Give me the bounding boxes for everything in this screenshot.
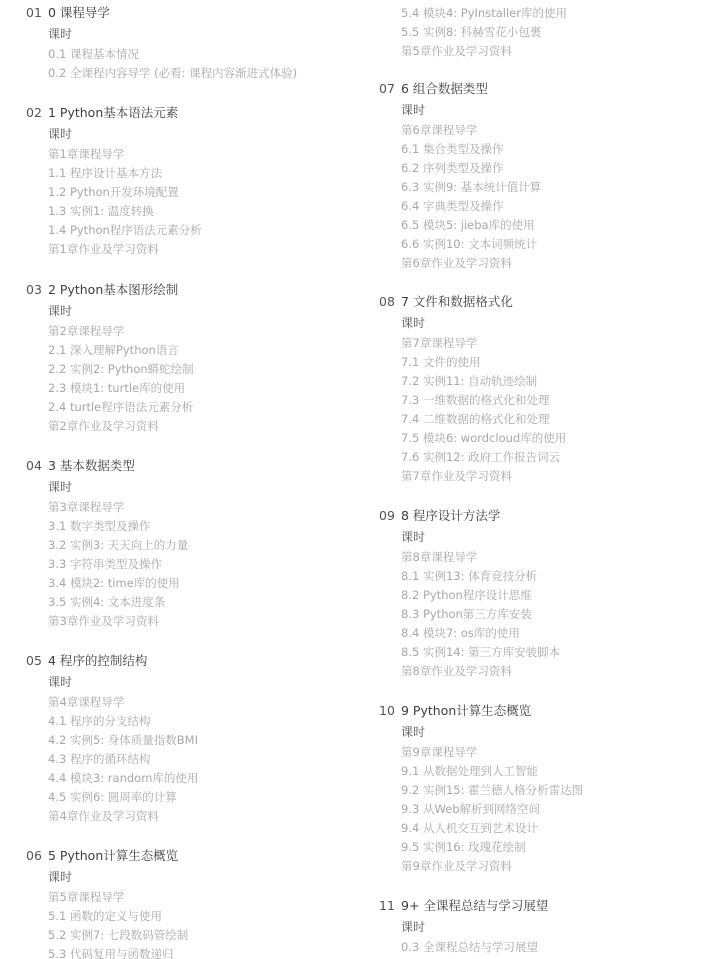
lesson-list: 5.4 模块4: PyInstaller库的使用 5.5 实例8: 科赫雪花小包… (355, 4, 715, 61)
chapter-number: 04 (26, 455, 48, 477)
chapter-11: 11 9+ 全课程总结与学习展望 课时 0.3 全课程总结与学习展望 (355, 895, 715, 957)
lesson-label: 课时 (401, 722, 715, 743)
lesson-list: 第8章课程导学 8.1 实例13: 体育竞技分析 8.2 Python程序设计思… (355, 548, 715, 681)
chapter-title: 1 Python基本语法元素 (48, 102, 178, 124)
chapter-number: 02 (26, 102, 48, 124)
lesson-item[interactable]: 9.3 从Web解析到网络空间 (401, 800, 715, 819)
chapter-header[interactable]: 05 4 程序的控制结构 (0, 650, 360, 672)
lesson-item[interactable]: 第4章课程导学 (48, 693, 360, 712)
lesson-item[interactable]: 1.2 Python开发环境配置 (48, 183, 360, 202)
chapter-title: 0 课程导学 (48, 2, 110, 24)
lesson-item[interactable]: 第3章课程导学 (48, 498, 360, 517)
chapter-03: 03 2 Python基本图形绘制 课时 第2章课程导学 2.1 深入理解Pyt… (0, 279, 360, 436)
lesson-item[interactable]: 1.4 Python程序语法元素分析 (48, 221, 360, 240)
lesson-item[interactable]: 2.2 实例2: Python蟒蛇绘制 (48, 360, 360, 379)
chapter-number: 01 (26, 2, 48, 24)
lesson-label: 课时 (48, 867, 360, 888)
lesson-item[interactable]: 8.3 Python第三方库安装 (401, 605, 715, 624)
lesson-item[interactable]: 第8章作业及学习资料 (401, 662, 715, 681)
lesson-item[interactable]: 第6章课程导学 (401, 121, 715, 140)
chapter-header[interactable]: 09 8 程序设计方法学 (355, 505, 715, 527)
lesson-item[interactable]: 第2章作业及学习资料 (48, 417, 360, 436)
chapter-title: 4 程序的控制结构 (48, 650, 147, 672)
chapter-header[interactable]: 03 2 Python基本图形绘制 (0, 279, 360, 301)
chapter-header[interactable]: 08 7 文件和数据格式化 (355, 291, 715, 313)
lesson-item[interactable]: 1.1 程序设计基本方法 (48, 164, 360, 183)
lesson-list: 0.1 课程基本情况 0.2 全课程内容导学 (必看: 课程内容渐进式体验) (0, 45, 360, 83)
chapter-number: 09 (379, 505, 401, 527)
chapter-header[interactable]: 07 6 组合数据类型 (355, 78, 715, 100)
lesson-item[interactable]: 8.4 模块7: os库的使用 (401, 624, 715, 643)
lesson-item[interactable]: 4.1 程序的分支结构 (48, 712, 360, 731)
lesson-item[interactable]: 6.5 模块5: jieba库的使用 (401, 216, 715, 235)
lesson-item[interactable]: 8.2 Python程序设计思维 (401, 586, 715, 605)
lesson-item[interactable]: 第4章作业及学习资料 (48, 807, 360, 826)
lesson-item[interactable]: 第6章作业及学习资料 (401, 254, 715, 273)
chapter-number: 03 (26, 279, 48, 301)
lesson-item[interactable]: 第7章作业及学习资料 (401, 467, 715, 486)
lesson-list: 第3章课程导学 3.1 数字类型及操作 3.2 实例3: 天天向上的力量 3.3… (0, 498, 360, 631)
lesson-item[interactable]: 4.2 实例5: 身体质量指数BMI (48, 731, 360, 750)
lesson-item[interactable]: 第2章课程导学 (48, 322, 360, 341)
lesson-item[interactable]: 2.3 模块1: turtle库的使用 (48, 379, 360, 398)
chapter-header[interactable]: 01 0 课程导学 (0, 2, 360, 24)
chapter-header[interactable]: 04 3 基本数据类型 (0, 455, 360, 477)
lesson-item[interactable]: 3.2 实例3: 天天向上的力量 (48, 536, 360, 555)
lesson-item[interactable]: 7.3 一维数据的格式化和处理 (401, 391, 715, 410)
lesson-item[interactable]: 3.5 实例4: 文本进度条 (48, 593, 360, 612)
chapter-title: 7 文件和数据格式化 (401, 291, 513, 313)
lesson-item[interactable]: 0.1 课程基本情况 (48, 45, 360, 64)
chapter-header[interactable]: 02 1 Python基本语法元素 (0, 102, 360, 124)
lesson-item[interactable]: 4.5 实例6: 圆周率的计算 (48, 788, 360, 807)
chapter-05: 05 4 程序的控制结构 课时 第4章课程导学 4.1 程序的分支结构 4.2 … (0, 650, 360, 826)
chapter-header[interactable]: 10 9 Python计算生态概览 (355, 700, 715, 722)
lesson-label: 课时 (48, 672, 360, 693)
lesson-item[interactable]: 1.3 实例1: 温度转换 (48, 202, 360, 221)
chapter-number: 11 (379, 895, 401, 917)
chapter-06-continued: 5.4 模块4: PyInstaller库的使用 5.5 实例8: 科赫雪花小包… (355, 4, 715, 61)
lesson-item[interactable]: 6.2 序列类型及操作 (401, 159, 715, 178)
chapter-01: 01 0 课程导学 课时 0.1 课程基本情况 0.2 全课程内容导学 (必看:… (0, 2, 360, 83)
chapter-title: 9 Python计算生态概览 (401, 700, 531, 722)
lesson-item[interactable]: 6.3 实例9: 基本统计值计算 (401, 178, 715, 197)
lesson-item[interactable]: 2.4 turtle程序语法元素分析 (48, 398, 360, 417)
chapter-header[interactable]: 06 5 Python计算生态概览 (0, 845, 360, 867)
chapter-title: 2 Python基本图形绘制 (48, 279, 178, 301)
lesson-item[interactable]: 5.4 模块4: PyInstaller库的使用 (401, 4, 715, 23)
lesson-list: 第6章课程导学 6.1 集合类型及操作 6.2 序列类型及操作 6.3 实例9:… (355, 121, 715, 273)
lesson-item[interactable]: 第1章作业及学习资料 (48, 240, 360, 259)
lesson-label: 课时 (401, 917, 715, 938)
lesson-label: 课时 (401, 100, 715, 121)
lesson-item[interactable]: 3.3 字符串类型及操作 (48, 555, 360, 574)
lesson-item[interactable]: 7.4 二维数据的格式化和处理 (401, 410, 715, 429)
lesson-item[interactable]: 5.1 函数的定义与使用 (48, 907, 360, 926)
lesson-label: 课时 (401, 313, 715, 334)
lesson-item[interactable]: 第3章作业及学习资料 (48, 612, 360, 631)
lesson-item[interactable]: 6.4 字典类型及操作 (401, 197, 715, 216)
chapter-08: 08 7 文件和数据格式化 课时 第7章课程导学 7.1 文件的使用 7.2 实… (355, 291, 715, 486)
lesson-item[interactable]: 8.1 实例13: 体育竞技分析 (401, 567, 715, 586)
lesson-list: 第9章课程导学 9.1 从数据处理到人工智能 9.2 实例15: 霍兰德人格分析… (355, 743, 715, 876)
lesson-item[interactable]: 3.4 模块2: time库的使用 (48, 574, 360, 593)
lesson-list: 第2章课程导学 2.1 深入理解Python语言 2.2 实例2: Python… (0, 322, 360, 436)
chapter-title: 6 组合数据类型 (401, 78, 488, 100)
lesson-list: 第5章课程导学 5.1 函数的定义与使用 5.2 实例7: 七段数码管绘制 5.… (0, 888, 360, 959)
chapter-number: 08 (379, 291, 401, 313)
chapter-10: 10 9 Python计算生态概览 课时 第9章课程导学 9.1 从数据处理到人… (355, 700, 715, 876)
lesson-list: 第4章课程导学 4.1 程序的分支结构 4.2 实例5: 身体质量指数BMI 4… (0, 693, 360, 826)
lesson-item[interactable]: 5.2 实例7: 七段数码管绘制 (48, 926, 360, 945)
lesson-item[interactable]: 第5章作业及学习资料 (401, 42, 715, 61)
lesson-item[interactable]: 第7章课程导学 (401, 334, 715, 353)
chapter-title: 8 程序设计方法学 (401, 505, 500, 527)
lesson-item[interactable]: 第9章课程导学 (401, 743, 715, 762)
chapter-06: 06 5 Python计算生态概览 课时 第5章课程导学 5.1 函数的定义与使… (0, 845, 360, 959)
lesson-label: 课时 (48, 301, 360, 322)
lesson-item[interactable]: 9.4 从人机交互到艺术设计 (401, 819, 715, 838)
lesson-item[interactable]: 9.2 实例15: 霍兰德人格分析雷达图 (401, 781, 715, 800)
lesson-item[interactable]: 4.4 模块3: random库的使用 (48, 769, 360, 788)
lesson-item[interactable]: 5.5 实例8: 科赫雪花小包裹 (401, 23, 715, 42)
lesson-item[interactable]: 9.5 实例16: 玫瑰花绘制 (401, 838, 715, 857)
lesson-item[interactable]: 第9章作业及学习资料 (401, 857, 715, 876)
lesson-item[interactable]: 4.3 程序的循环结构 (48, 750, 360, 769)
lesson-item[interactable]: 7.1 文件的使用 (401, 353, 715, 372)
chapter-title: 9+ 全课程总结与学习展望 (401, 895, 548, 917)
lesson-item[interactable]: 8.5 实例14: 第三方库安装脚本 (401, 643, 715, 662)
lesson-item[interactable]: 0.3 全课程总结与学习展望 (401, 938, 715, 957)
chapter-number: 06 (26, 845, 48, 867)
chapter-04: 04 3 基本数据类型 课时 第3章课程导学 3.1 数字类型及操作 3.2 实… (0, 455, 360, 631)
chapter-title: 3 基本数据类型 (48, 455, 135, 477)
lesson-item[interactable]: 3.1 数字类型及操作 (48, 517, 360, 536)
lesson-item[interactable]: 7.2 实例11: 自动轨迹绘制 (401, 372, 715, 391)
lesson-label: 课时 (48, 124, 360, 145)
lesson-item[interactable]: 7.6 实例12: 政府工作报告词云 (401, 448, 715, 467)
lesson-item[interactable]: 2.1 深入理解Python语言 (48, 341, 360, 360)
chapter-title: 5 Python计算生态概览 (48, 845, 178, 867)
chapter-09: 09 8 程序设计方法学 课时 第8章课程导学 8.1 实例13: 体育竞技分析… (355, 505, 715, 681)
lesson-label: 课时 (48, 24, 360, 45)
lesson-item[interactable]: 第8章课程导学 (401, 548, 715, 567)
lesson-list: 第1章课程导学 1.1 程序设计基本方法 1.2 Python开发环境配置 1.… (0, 145, 360, 259)
lesson-label: 课时 (48, 477, 360, 498)
lesson-item[interactable]: 0.2 全课程内容导学 (必看: 课程内容渐进式体验) (48, 64, 360, 83)
lesson-list: 0.3 全课程总结与学习展望 (355, 938, 715, 957)
chapter-number: 07 (379, 78, 401, 100)
chapter-header[interactable]: 11 9+ 全课程总结与学习展望 (355, 895, 715, 917)
chapter-07: 07 6 组合数据类型 课时 第6章课程导学 6.1 集合类型及操作 6.2 序… (355, 78, 715, 273)
lesson-item[interactable]: 7.5 模块6: wordcloud库的使用 (401, 429, 715, 448)
lesson-label: 课时 (401, 527, 715, 548)
lesson-item[interactable]: 5.3 代码复用与函数递归 (48, 945, 360, 959)
lesson-item[interactable]: 9.1 从数据处理到人工智能 (401, 762, 715, 781)
lesson-item[interactable]: 第1章课程导学 (48, 145, 360, 164)
lesson-item[interactable]: 6.1 集合类型及操作 (401, 140, 715, 159)
chapter-number: 10 (379, 700, 401, 722)
chapter-02: 02 1 Python基本语法元素 课时 第1章课程导学 1.1 程序设计基本方… (0, 102, 360, 259)
lesson-list: 第7章课程导学 7.1 文件的使用 7.2 实例11: 自动轨迹绘制 7.3 一… (355, 334, 715, 486)
chapter-number: 05 (26, 650, 48, 672)
lesson-item[interactable]: 6.6 实例10: 文本词频统计 (401, 235, 715, 254)
lesson-item[interactable]: 第5章课程导学 (48, 888, 360, 907)
